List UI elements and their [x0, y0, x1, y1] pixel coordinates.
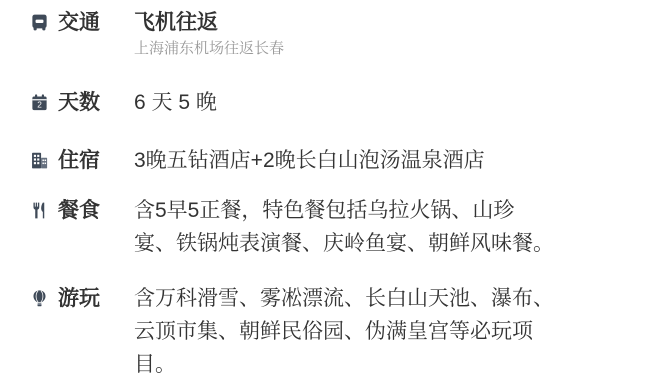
info-row-activities: 游玩 含万科滑雪、雾凇漂流、长白山天池、瀑布、 云顶市集、朝鲜民俗园、伪满皇宫等… — [30, 282, 669, 381]
row-content: 含5早5正餐，特色餐包括乌拉火锅、山珍 宴、铁锅炖表演餐、庆岭鱼宴、朝鲜风味餐。 — [134, 194, 578, 260]
row-label: 交通 — [58, 6, 125, 39]
info-row-meals: 餐食 含5早5正餐，特色餐包括乌拉火锅、山珍 宴、铁锅炖表演餐、庆岭鱼宴、朝鲜风… — [30, 194, 669, 260]
row-content: 飞机往返 上海浦东机场往返长春 — [134, 6, 578, 59]
row-subtext: 上海浦东机场往返长春 — [134, 38, 578, 59]
info-row-hotel: 住宿 3晚五钻酒店+2晚长白山泡汤温泉酒店 — [30, 144, 669, 177]
row-content: 3晚五钻酒店+2晚长白山泡汤温泉酒店 — [134, 144, 578, 177]
row-value: 3晚五钻酒店+2晚长白山泡汤温泉酒店 — [134, 144, 578, 177]
row-value: 含万科滑雪、雾凇漂流、长白山天池、瀑布、 云顶市集、朝鲜民俗园、伪满皇宫等必玩项… — [134, 282, 578, 381]
buildings-icon — [30, 151, 49, 170]
row-value: 含5早5正餐，特色餐包括乌拉火锅、山珍 宴、铁锅炖表演餐、庆岭鱼宴、朝鲜风味餐。 — [134, 194, 578, 260]
row-label: 住宿 — [58, 144, 125, 177]
row-value: 飞机往返 — [134, 6, 578, 39]
calendar-badge: 2 — [37, 100, 42, 110]
row-label: 餐食 — [58, 194, 125, 227]
info-row-days: 2 天数 6 天 5 晚 — [30, 86, 669, 119]
hot-air-balloon-icon — [30, 289, 49, 308]
row-value: 6 天 5 晚 — [134, 86, 578, 119]
utensils-icon — [30, 201, 49, 220]
row-content: 6 天 5 晚 — [134, 86, 578, 119]
row-label: 天数 — [58, 86, 125, 119]
info-row-transport: 交通 飞机往返 上海浦东机场往返长春 — [30, 6, 669, 59]
row-content: 含万科滑雪、雾凇漂流、长白山天池、瀑布、 云顶市集、朝鲜民俗园、伪满皇宫等必玩项… — [134, 282, 578, 381]
row-label: 游玩 — [58, 282, 125, 315]
calendar-icon: 2 — [30, 93, 49, 112]
trip-info-list: 交通 飞机往返 上海浦东机场往返长春 2 天数 6 天 5 晚 — [0, 6, 669, 381]
bus-icon — [30, 13, 49, 32]
